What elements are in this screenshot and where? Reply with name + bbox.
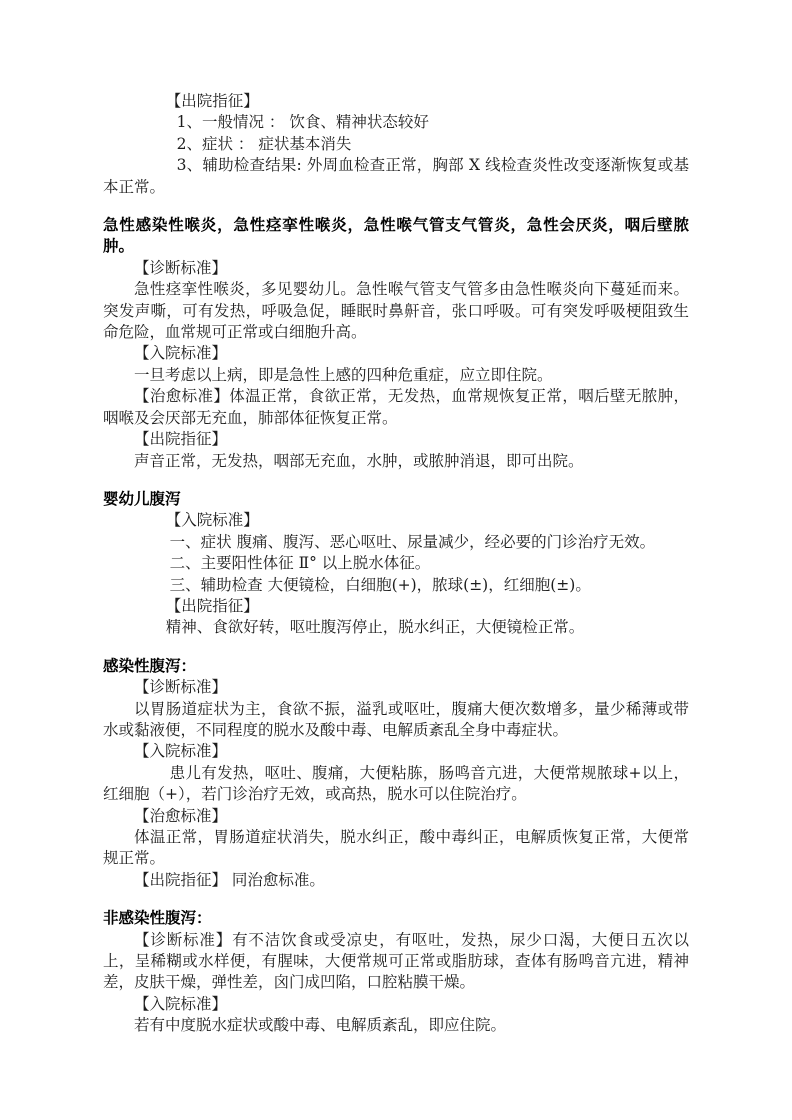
paragraph: 【出院指征】 xyxy=(103,91,689,112)
paragraph: 以胃肠道症状为主，食欲不振，溢乳或呕吐，腹痛大便次数增多，量少稀薄或带水或黏液便… xyxy=(103,699,689,742)
section-heading: 非感染性腹泻： xyxy=(103,908,689,929)
paragraph: 【诊断标准】 xyxy=(103,677,689,698)
paragraph: 体温正常，胃肠道症状消失，脱水纠正，酸中毒纠正，电解质恢复正常，大便常规正常。 xyxy=(103,827,689,870)
document-page: 【出院指征】1、一般情况 ： 饮食、精神状态较好2、症状 ： 症状基本消失3、辅… xyxy=(0,0,792,1120)
section-heading: 婴幼儿腹泻 xyxy=(103,489,689,510)
paragraph: 【治愈标准】体温正常，食欲正常，无发热，血常规恢复正常，咽后壁无脓肿，咽喉及会厌… xyxy=(103,386,689,429)
paragraph: 【出院指征】 xyxy=(103,429,689,450)
document-body: 【出院指征】1、一般情况 ： 饮食、精神状态较好2、症状 ： 症状基本消失3、辅… xyxy=(103,91,689,1037)
paragraph: 【入院标准】 xyxy=(103,741,689,762)
paragraph: 三、辅助检查 大便镜检，白细胞(+)，脓球(±)，红细胞(±)。 xyxy=(103,575,689,596)
section-heading: 急性感染性喉炎，急性痉挛性喉炎，急性喉气管支气管炎，急性会厌炎，咽后壁脓肿。 xyxy=(103,215,689,258)
paragraph: 一、症状 腹痛、腹泻、恶心呕吐、尿量减少，经必要的门诊治疗无效。 xyxy=(103,532,689,553)
paragraph: 患儿有发热，呕吐、腹痛，大便粘胨，肠鸣音亢进，大便常规脓球+以上，红细胞（+），… xyxy=(103,763,689,806)
paragraph: 1、一般情况 ： 饮食、精神状态较好 xyxy=(103,112,689,133)
section: 【出院指征】1、一般情况 ： 饮食、精神状态较好2、症状 ： 症状基本消失3、辅… xyxy=(103,91,689,198)
section: 婴幼儿腹泻【入院标准】一、症状 腹痛、腹泻、恶心呕吐、尿量减少，经必要的门诊治疗… xyxy=(103,489,689,639)
paragraph: 【入院标准】 xyxy=(103,343,689,364)
section: 感染性腹泻：【诊断标准】以胃肠道症状为主，食欲不振，溢乳或呕吐，腹痛大便次数增多… xyxy=(103,656,689,891)
paragraph: 2、症状 ： 症状基本消失 xyxy=(103,134,689,155)
paragraph: 急性痉挛性喉炎，多见婴幼儿。急性喉气管支气管多由急性喉炎向下蔓延而来。突发声嘶，… xyxy=(103,279,689,343)
paragraph: 精神、食欲好转，呕吐腹泻停止，脱水纠正，大便镜检正常。 xyxy=(103,617,689,638)
paragraph: 【治愈标准】 xyxy=(103,806,689,827)
paragraph: 【入院标准】 xyxy=(103,510,689,531)
section: 急性感染性喉炎，急性痉挛性喉炎，急性喉气管支气管炎，急性会厌炎，咽后壁脓肿。【诊… xyxy=(103,215,689,472)
section: 非感染性腹泻：【诊断标准】有不洁饮食或受凉史，有呕吐，发热，尿少口渴，大便日五次… xyxy=(103,908,689,1036)
paragraph: 一旦考虑以上病，即是急性上感的四种危重症，应立即住院。 xyxy=(103,365,689,386)
paragraph: 声音正常，无发热，咽部无充血，水肿，或脓肿消退，即可出院。 xyxy=(103,451,689,472)
paragraph: 【入院标准】 xyxy=(103,994,689,1015)
paragraph: 3、辅助检查结果: 外周血检查正常，胸部 X 线检查炎性改变逐渐恢复或基本正常。 xyxy=(103,155,689,198)
paragraph: 二、主要阳性体征 Ⅱ° 以上脱水体征。 xyxy=(103,553,689,574)
paragraph: 若有中度脱水症状或酸中毒、电解质紊乱，即应住院。 xyxy=(103,1015,689,1036)
section-heading: 感染性腹泻： xyxy=(103,656,689,677)
paragraph: 【出院指征】 xyxy=(103,596,689,617)
paragraph: 【诊断标准】有不洁饮食或受凉史，有呕吐，发热，尿少口渴，大便日五次以上，呈稀糊或… xyxy=(103,930,689,994)
paragraph: 【诊断标准】 xyxy=(103,258,689,279)
paragraph: 【出院指征】 同治愈标准。 xyxy=(103,870,689,891)
